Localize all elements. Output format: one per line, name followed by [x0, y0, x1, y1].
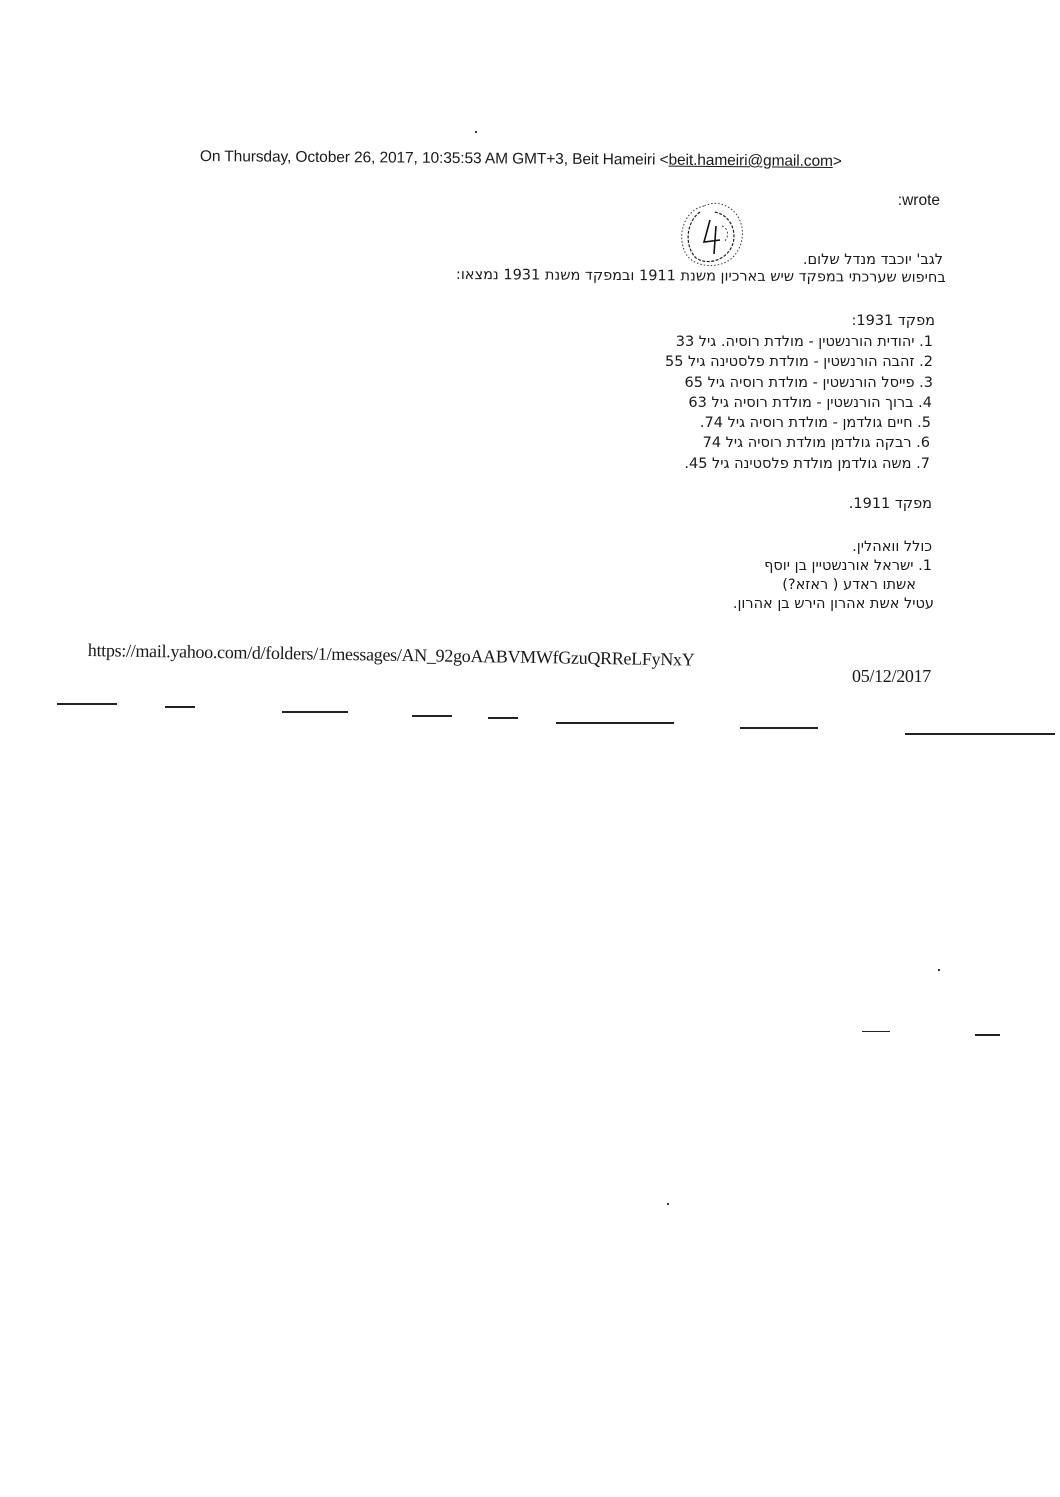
census-1911-line: אשתו ראדע ( ראזא?) [733, 576, 934, 595]
census-1931-entry: 1. יהודית הורנשטין - מולדת רוסיה. גיל 33 [665, 332, 933, 352]
census-1931-entry: 3. פייסל הורנשטין - מולדת רוסיה גיל 65 [665, 373, 933, 393]
sender-email-link[interactable]: beit.hameiri@gmail.com [668, 152, 832, 170]
footer-print-date: 05/12/2017 [852, 666, 931, 687]
greeting-line: לגב' יוכבד מנדל שלום. [803, 252, 943, 268]
census-1931-entry: 7. משה גולדמן מולדת פלסטינה גיל 45. [665, 454, 933, 474]
email-header-line: On Thursday, October 26, 2017, 10:35:53 … [200, 148, 960, 172]
census-1911-line: 1. ישראל אורנשטיין בן יוסף [733, 557, 934, 576]
scanned-page: On Thursday, October 26, 2017, 10:35:53 … [0, 0, 1060, 1497]
census-1911-line: עטיל אשת אהרון הירש בן אהרון. [733, 595, 934, 614]
census-1931-list: 1. יהודית הורנשטין - מולדת רוסיה. גיל 33… [665, 332, 933, 474]
census-1931-title: מפקד 1931: [851, 313, 935, 329]
census-1931-entry: 4. ברוך הורנשטין - מולדת רוסיה גיל 63 [665, 393, 933, 413]
handwritten-stamp-icon [664, 196, 760, 274]
census-1911-section: כולל וואהלין. 1. ישראל אורנשטיין בן יוסף… [733, 538, 934, 614]
census-1931-entry: 2. זהבה הורנשטין - מולדת פלסטינה גיל 55 [665, 352, 933, 372]
census-1931-entry: 5. חיים גולדמן - מולדת רוסיה גיל 74. [665, 413, 933, 433]
email-header-wrote: :wrote [860, 192, 940, 210]
census-1911-title: מפקד 1911. [849, 496, 932, 512]
intro-line: בחיפוש שערכתי במפקד שיש בארכיון משנת 191… [456, 267, 946, 286]
footer-url: https://mail.yahoo.com/d/folders/1/messa… [88, 640, 695, 671]
census-1911-subtitle: כולל וואהלין. [733, 538, 934, 557]
email-header-prefix: On Thursday, October 26, 2017, 10:35:53 … [200, 148, 660, 169]
census-1931-entry: 6. רבקה גולדמן מולדת רוסיה גיל 74 [665, 433, 933, 453]
